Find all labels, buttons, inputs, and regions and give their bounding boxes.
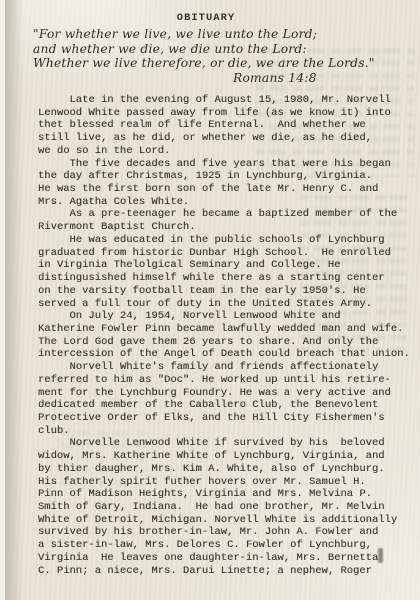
text-line: His fatherly spirit futher hovers over M… bbox=[38, 476, 413, 489]
text-line: distingusished himself while there as a … bbox=[38, 272, 413, 285]
scripture-quote-lines: "For whether we live, we live unto the L… bbox=[33, 27, 393, 71]
scanned-obituary-page: OBITUARY "For whether we live, we live u… bbox=[0, 0, 420, 600]
text-line: in Virginia Thelolgical Seminary and Col… bbox=[38, 259, 413, 272]
text-line: still live, as he did, or whether we die… bbox=[38, 132, 413, 145]
text-line: referred to him as "Doc". He worked up u… bbox=[38, 374, 413, 387]
text-line: thet blessed realm of life Enternal. And… bbox=[38, 119, 413, 132]
text-line: graduated from historic Dunbar High Scho… bbox=[38, 247, 413, 260]
text-line: C. Pinn; a niece, Mrs. Darui Linette; a … bbox=[38, 565, 413, 578]
text-line: a sister-in-law, Mrs. Delores C. Fowler … bbox=[38, 539, 413, 552]
text-line: Mrs. Agatha Coles White. bbox=[38, 196, 413, 209]
text-line: Whether we live therefore, or die, we ar… bbox=[33, 56, 393, 71]
text-line: Smith of Gary, Indiana. He had one broth… bbox=[38, 501, 413, 514]
text-line: Late in the evening of August 15, 1980, … bbox=[38, 94, 413, 107]
text-line: He was the first born son of the late Mr… bbox=[38, 183, 413, 196]
scan-edge-shadow bbox=[5, 0, 23, 600]
text-line: On July 24, 1954, Norvell Lenwood White … bbox=[38, 310, 413, 323]
text-line: widow, Mrs. Katherine White of Lynchburg… bbox=[38, 450, 413, 463]
text-line: Rivermont Baptist Church. bbox=[38, 221, 413, 234]
scripture-attribution: Romans 14:8 bbox=[233, 71, 393, 86]
text-line: Norvell White's family and friends affec… bbox=[38, 361, 413, 374]
text-line: and whether we die, we die unto the Lord… bbox=[33, 42, 393, 57]
text-line: The five decades and five years that wer… bbox=[38, 158, 413, 171]
text-line: the day after Christmas, 1925 in Lynchbu… bbox=[38, 170, 413, 183]
text-line: on the varsity football team in the earl… bbox=[38, 285, 413, 298]
scripture-quote: "For whether we live, we live unto the L… bbox=[33, 27, 393, 85]
text-line: Katherine Fowler Pinn became lawfully we… bbox=[38, 323, 413, 336]
text-line: "For whether we live, we live unto the L… bbox=[33, 27, 393, 42]
text-line: The Lord God gave them 26 years to share… bbox=[38, 336, 413, 349]
text-line: Lenwood White passed away from life (as … bbox=[38, 107, 413, 120]
text-line: Protective Order of Elks, and the Hill C… bbox=[38, 412, 413, 425]
text-line: dedicated member of the Caballero Club, … bbox=[38, 399, 413, 412]
text-line: ment for the Lynchburg Foundry. He was a… bbox=[38, 387, 413, 400]
text-line: club. bbox=[38, 425, 413, 438]
text-line: As a pre-teenager he became a baptized m… bbox=[38, 208, 413, 221]
text-line: survived by his brother-in-law, Mr. John… bbox=[38, 526, 413, 539]
page-title: OBITUARY bbox=[0, 12, 412, 24]
text-line: by thier daugher, Mrs. Kim A. White, als… bbox=[38, 463, 413, 476]
obituary-body-text: Late in the evening of August 15, 1980, … bbox=[38, 94, 413, 577]
text-line: He was educated in the public schools of… bbox=[38, 234, 413, 247]
text-line: White of Detroit, Michigan. Norvell Whit… bbox=[38, 514, 413, 527]
text-line: intercession of the Angel of Death could… bbox=[38, 348, 413, 361]
text-line: we do so in the Lord. bbox=[38, 145, 413, 158]
text-line: Norvelle Lenwood White if survived by hi… bbox=[38, 437, 413, 450]
text-line: Pinn of Madison Heights, Virginia and Mr… bbox=[38, 488, 413, 501]
text-line: served a full tour of duty in the United… bbox=[38, 298, 413, 311]
text-line: Virginia He leaves one daughter-in-law, … bbox=[38, 552, 413, 565]
